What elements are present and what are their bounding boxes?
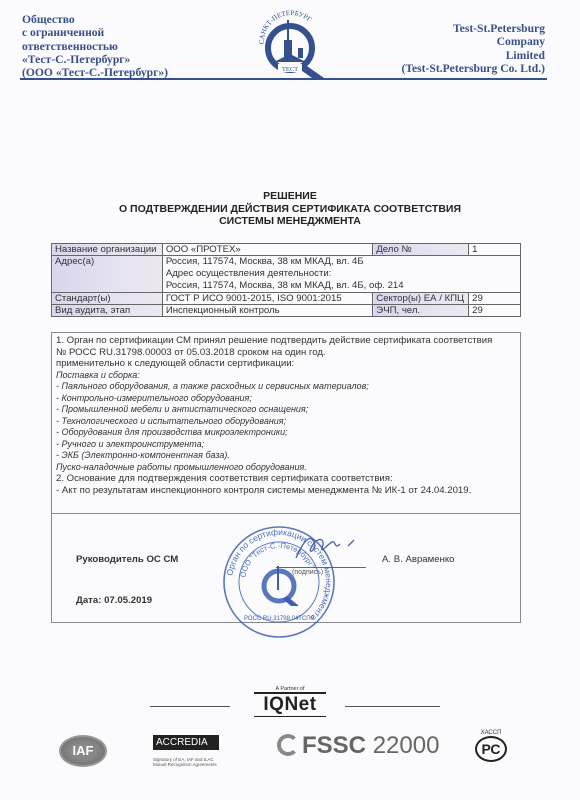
company-name-ru: Общество с ограниченной ответственностью… <box>22 13 222 79</box>
company-name-en-line: Test-St.Petersburg <box>325 22 545 35</box>
company-name-ru-line: ответственностью <box>22 40 222 53</box>
iaf-logo-icon: IAF <box>59 735 107 767</box>
footer-divider <box>150 706 230 707</box>
standard-label: Стандарт(ы) <box>52 293 163 305</box>
audit-value: Инспекционный контроль <box>162 305 372 317</box>
title-line: О ПОДТВЕРЖДЕНИИ ДЕЙСТВИЯ СЕРТИФИКАТА СОО… <box>0 203 580 216</box>
audit-label: Вид аудита, этап <box>52 305 163 317</box>
footer-divider <box>345 706 440 707</box>
header-divider <box>20 78 547 80</box>
accredia-logo-icon: ACCREDIA <box>153 735 219 750</box>
handwritten-signature <box>292 532 362 562</box>
accredia-caption-line: Mutual Recognition Agreements <box>153 762 217 767</box>
scope-footer: Пуско-наладочные работы промышленного об… <box>56 462 516 474</box>
document-date: Дата: 07.05.2019 <box>76 595 152 606</box>
iaf-wordmark: IAF <box>73 743 94 758</box>
company-name-en-line: Company <box>325 35 545 48</box>
signer-role: Руководитель ОС СМ <box>76 554 178 565</box>
company-name-en-line: (Test-St.Petersburg Co. Ltd.) <box>325 62 545 75</box>
org-label: Название организации <box>52 244 163 256</box>
fssc-number: 22000 <box>373 732 440 759</box>
sector-label: Сектор(ы) ЕА / КПЦ <box>373 293 469 305</box>
scope-item: - Технологического и испытательного обор… <box>56 416 516 428</box>
scope-item: - Оборудования для производства микроэле… <box>56 427 516 439</box>
staff-label: ЭЧП, чел. <box>373 305 469 317</box>
table-row: Название организации ООО «ПРОТЕХ» Дело №… <box>52 244 521 256</box>
fssc-wordmark: FSSC <box>302 732 366 759</box>
staff-value: 29 <box>469 305 521 317</box>
org-value: ООО «ПРОТЕХ» <box>162 244 372 256</box>
basis-item: - Акт по результатам инспекционного конт… <box>56 485 516 497</box>
decision-text: применительно к следующей области сертиф… <box>56 358 516 370</box>
haccp-rs-logo-icon: ХАССП РС <box>471 730 511 768</box>
scope-heading: Поставка и сборка: <box>56 370 516 382</box>
scope-item: - Ручного и электроинструмента; <box>56 439 516 451</box>
address-line: Россия, 117574, Москва, 38 км МКАД, вл. … <box>166 280 517 292</box>
decision-text: 1. Орган по сертификации СМ принял решен… <box>56 335 516 347</box>
svg-text:РОСС RU.31798.04ТСП0: РОСС RU.31798.04ТСП0 <box>244 616 315 622</box>
table-row: Адрес(а) Россия, 117574, Москва, 38 км М… <box>52 256 521 293</box>
certificate-number: № РОСС RU.31798.00003 от 05.03.2018 срок… <box>56 347 516 359</box>
basis-heading: 2. Основание для подтверждения соответст… <box>56 473 516 485</box>
company-name-en-line: Limited <box>325 49 545 62</box>
fssc-22000-logo-icon: FSSC 22000 <box>277 732 439 760</box>
haccp-caption: ХАССП <box>471 730 511 736</box>
company-name-en: Test-St.Petersburg Company Limited (Test… <box>325 22 545 75</box>
signer-name: А. В. Авраменко <box>382 554 455 565</box>
scope-item: - Паяльного оборудования, а также расход… <box>56 381 516 393</box>
iqnet-wordmark: IQNet <box>263 694 316 715</box>
scope-item: - Промышленной мебели и антистатического… <box>56 404 516 416</box>
scope-item: - Контрольно-измерительного оборудования… <box>56 393 516 405</box>
company-name-ru-line: Общество <box>22 13 222 26</box>
address-line: Адрес осуществления деятельности: <box>166 268 517 280</box>
standard-value: ГОСТ Р ИСО 9001-2015, ISO 9001:2015 <box>162 293 372 305</box>
company-name-ru-line: «Тест-С.-Петербург» <box>22 53 222 66</box>
scope-item: - ЭКБ (Электронно-компонентная база). <box>56 450 516 462</box>
address-label: Адрес(а) <box>52 256 163 293</box>
iqnet-logo-icon: IQNet <box>240 692 340 720</box>
test-spb-q-logo-icon: САНКТ-ПЕТЕРБУРГ ТЕСТ <box>250 2 330 80</box>
accredia-wordmark: ACCREDIA <box>156 737 208 748</box>
title-line: РЕШЕНИЕ <box>0 190 580 203</box>
case-label: Дело № <box>373 244 469 256</box>
document-title: РЕШЕНИЕ О ПОДТВЕРЖДЕНИИ ДЕЙСТВИЯ СЕРТИФИ… <box>0 190 580 228</box>
svg-text:ТЕСТ: ТЕСТ <box>282 66 298 73</box>
accredia-caption: Signatory of EA, IAF and ILAC Mutual Rec… <box>153 757 217 767</box>
case-value: 1 <box>469 244 521 256</box>
company-name-ru-line: с ограниченной <box>22 26 222 39</box>
signature-section: Руководитель ОС СМ (подпись) А. В. Аврам… <box>51 513 521 623</box>
table-row: Стандарт(ы) ГОСТ Р ИСО 9001-2015, ISO 90… <box>52 293 521 305</box>
address-value: Россия, 117574, Москва, 38 км МКАД, вл. … <box>162 256 520 293</box>
table-row: Вид аудита, этап Инспекционный контроль … <box>52 305 521 317</box>
decision-section: 1. Орган по сертификации СМ принял решен… <box>51 332 521 515</box>
organization-info-table: Название организации ООО «ПРОТЕХ» Дело №… <box>51 243 521 317</box>
sector-value: 29 <box>469 293 521 305</box>
title-line: СИСТЕМЫ МЕНЕДЖМЕНТА <box>0 215 580 228</box>
fssc-ring-icon <box>277 734 299 756</box>
address-line: Россия, 117574, Москва, 38 км МКАД, вл. … <box>166 256 517 268</box>
rs-mark: РС <box>475 736 507 762</box>
